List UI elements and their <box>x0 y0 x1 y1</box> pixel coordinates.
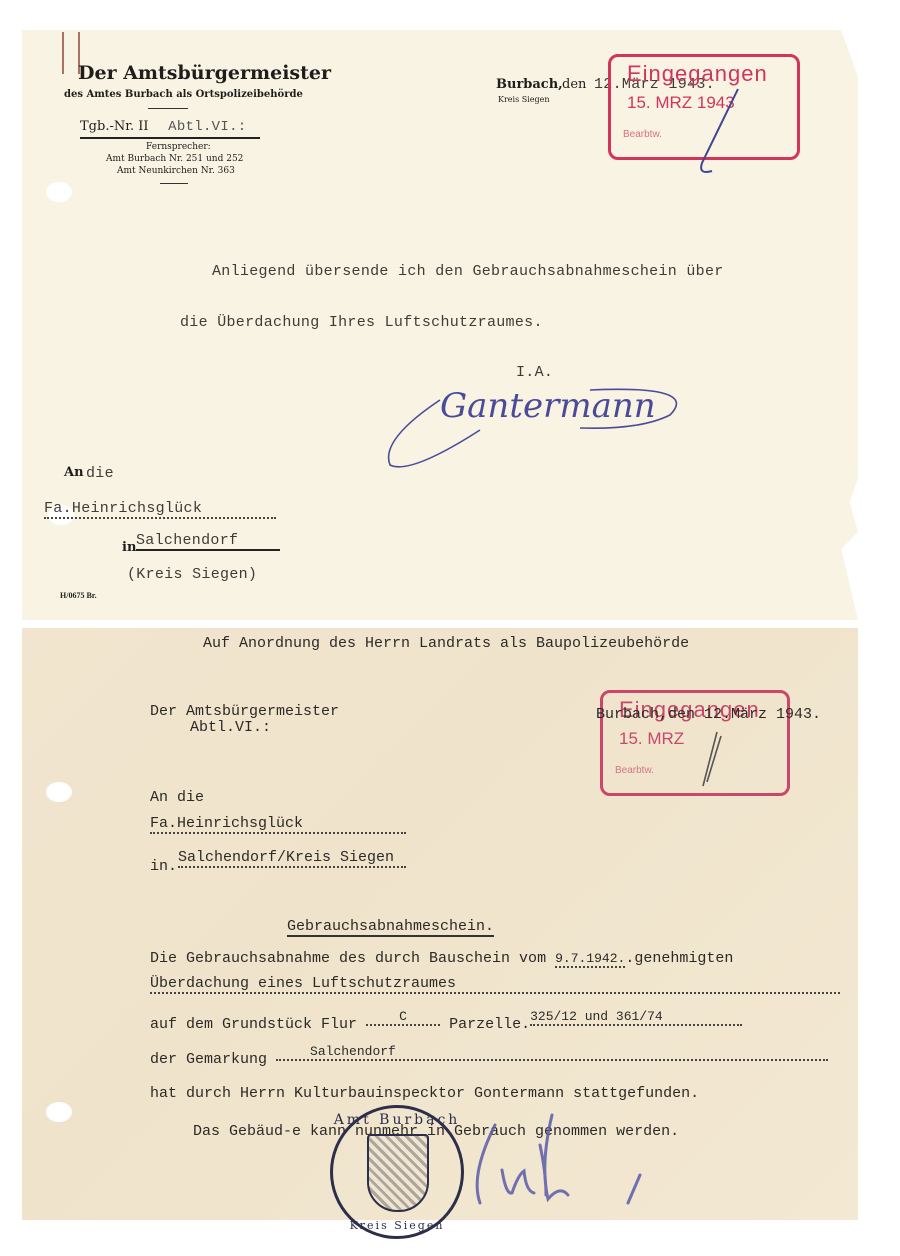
coat-of-arms-shield <box>367 1134 429 1212</box>
district-label: Kreis Siegen <box>498 95 550 104</box>
seal-bottom-text: Kreis Siegen <box>333 1219 461 1232</box>
line-3-prefix: auf dem Grundstück Flur <box>150 1016 357 1033</box>
stamp-field: Bearbtw. <box>615 765 654 776</box>
reference-label: Tgb.-Nr. II <box>80 119 149 134</box>
body-line-2: die Überdachung Ihres Luftschutzraumes. <box>180 314 543 331</box>
certificate-line-2: Überdachung eines Luftschutzraumes <box>150 975 840 994</box>
certificate-line-3: auf dem Grundstück Flur C Parzelle.325/1… <box>150 1016 742 1034</box>
certificate-header: Auf Anordnung des Herrn Landrats als Bau… <box>203 635 689 652</box>
punch-hole <box>46 782 72 802</box>
divider <box>148 108 188 109</box>
line-1-suffix: .genehmigten <box>625 950 733 967</box>
permit-date: 9.7.1942. <box>555 951 625 968</box>
certificate-line-1: Die Gebrauchsabnahme des durch Bauschein… <box>150 950 733 967</box>
phone-line-1: Amt Burbach Nr. 251 und 252 <box>106 154 243 164</box>
certificate-an-die: An die <box>150 789 204 806</box>
recipient-die: die <box>86 465 114 482</box>
parzelle-value: 325/12 und 361/74 <box>530 1009 742 1026</box>
place-label: Burbach, <box>496 77 563 92</box>
recipient-district: (Kreis Siegen) <box>127 566 257 583</box>
letterhead-title: Der Amtsbürgermeister <box>78 62 331 84</box>
parzelle-label: Parzelle. <box>449 1016 530 1033</box>
gemarkung-value: Salchendorf <box>276 1044 828 1061</box>
certificate-in: in. <box>150 858 177 875</box>
certificate-line-4: der Gemarkung Salchendorf <box>150 1051 828 1069</box>
certificate-recipient-name: Fa.Heinrichsglück <box>150 815 406 834</box>
issuer-line-2: Abtl.VI.: <box>190 719 271 736</box>
punch-hole <box>46 1102 72 1122</box>
margin-mark <box>62 32 64 74</box>
recipient-an: An <box>64 465 84 480</box>
pencil-mark <box>695 730 725 790</box>
signature-flourish <box>380 380 700 480</box>
date-prefix: den <box>562 77 586 92</box>
signature-strokes <box>440 1095 680 1215</box>
recipient-name: Fa.Heinrichsglück <box>44 500 276 519</box>
blue-pencil-mark <box>690 85 750 175</box>
signoff: I.A. <box>516 364 553 381</box>
form-code: H/0675 Br. <box>60 591 97 600</box>
line-1-prefix: Die Gebrauchsabnahme des durch Bauschein… <box>150 950 546 967</box>
stamp-field: Bearbtw. <box>623 129 662 140</box>
reference-value: Abtl.VI.: <box>168 119 246 135</box>
recipient-town: Salchendorf <box>136 532 280 551</box>
issuer-line-1: Der Amtsbürgermeister <box>150 703 339 720</box>
divider-ornament <box>160 183 188 184</box>
letterhead-subtitle: des Amtes Burbach als Ortspolizeibehörde <box>64 89 303 100</box>
phone-line-2: Amt Neunkirchen Nr. 363 <box>117 166 235 176</box>
stamp-title: Eingegangen <box>627 61 768 87</box>
certificate-recipient-town: Salchendorf/Kreis Siegen <box>178 849 406 868</box>
stamp-date: 15. MRZ <box>619 729 684 749</box>
body-line-1: Anliegend übersende ich den Gebrauchsabn… <box>212 263 724 280</box>
certificate-place-date: Burbach,den 12.März 1943. <box>596 706 821 723</box>
reference-field: Tgb.-Nr. II Abtl.VI.: <box>80 117 260 139</box>
recipient-in: in <box>122 540 136 555</box>
punch-hole <box>46 182 72 202</box>
certificate-title: Gebrauchsabnahmeschein. <box>287 918 494 937</box>
flur-value: C <box>366 1009 440 1026</box>
line-4-prefix: der Gemarkung <box>150 1051 267 1068</box>
phone-label: Fernsprecher: <box>146 142 211 152</box>
